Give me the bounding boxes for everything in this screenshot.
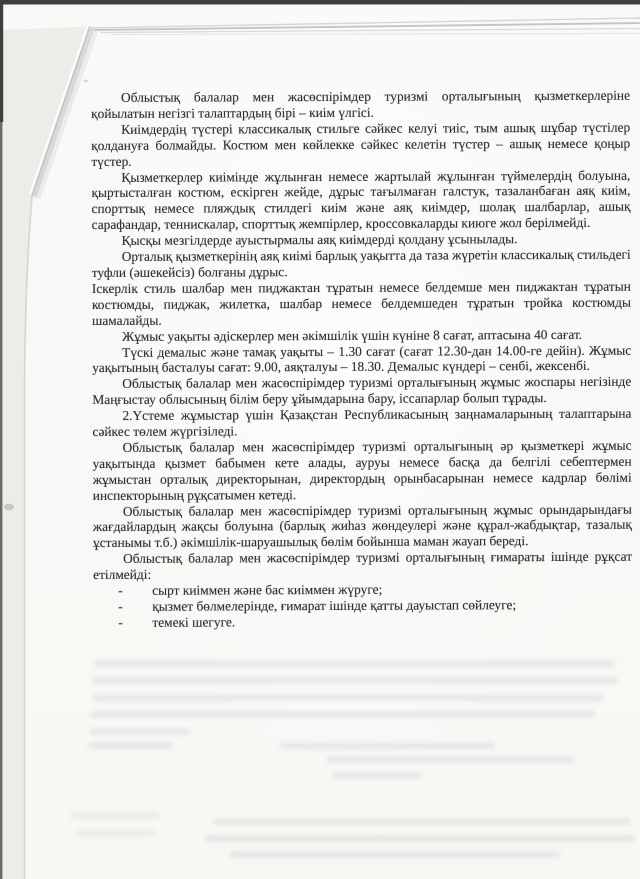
dust-speck [4,504,14,510]
list-dash: - [118,599,123,615]
paragraph: Киімдердің түстері классикалық стильге с… [91,119,630,169]
paragraph: Облыстық балалар мен жасөспірімдер туриз… [92,374,631,408]
list-item-text: сырт киіммен және бас киіммен жүруге; [152,582,382,598]
text-block: Облыстық балалар мен жасөспірімдер туриз… [91,88,632,631]
scanned-document-page: Облыстық балалар мен жасөспірімдер туриз… [0,0,640,879]
list-item-text: қызмет бөлмелерінде, ғимарат ішінде қатт… [152,597,516,614]
scanner-frame-top [0,0,640,5]
paragraph: Орталық қызметкерінің аяқ киімі барлық у… [92,247,631,281]
dust-speck [84,80,88,83]
page-left-edge [25,196,33,879]
list-dash: - [118,583,123,599]
scanner-frame-left [0,0,2,879]
paragraph: Облыстық балалар мен жасөспірімдер туриз… [93,501,632,551]
scanner-bed-area [0,27,90,879]
paragraph: 2.Үстеме жұмыстар үшін Қазақстан Республ… [92,406,631,440]
list-dash: - [118,615,123,631]
paragraph: Қызметкерлер киімінде жұлынған немесе жа… [91,167,630,233]
page-corner-edge [32,27,90,197]
paragraph: Облыстық балалар мен жасөспірімдер туриз… [91,88,630,122]
list-item: -темекі шегуге. [93,613,632,631]
paragraph: Іскерлік стиль шалбар мен пиджактан тұра… [92,279,631,329]
paragraph: Жұмыс уақыты әдіскерлер мен әкімшілік үш… [92,326,631,344]
paragraph: Облыстық балалар мен жасөспірімдер туриз… [93,549,632,583]
paragraph: Облыстық балалар мен жасөспірімдер туриз… [93,438,632,504]
paragraph: Түскі демалыс және тамақ уақыты – 1.30 с… [92,342,631,376]
list-item-text: темекі шегуге. [152,614,235,629]
